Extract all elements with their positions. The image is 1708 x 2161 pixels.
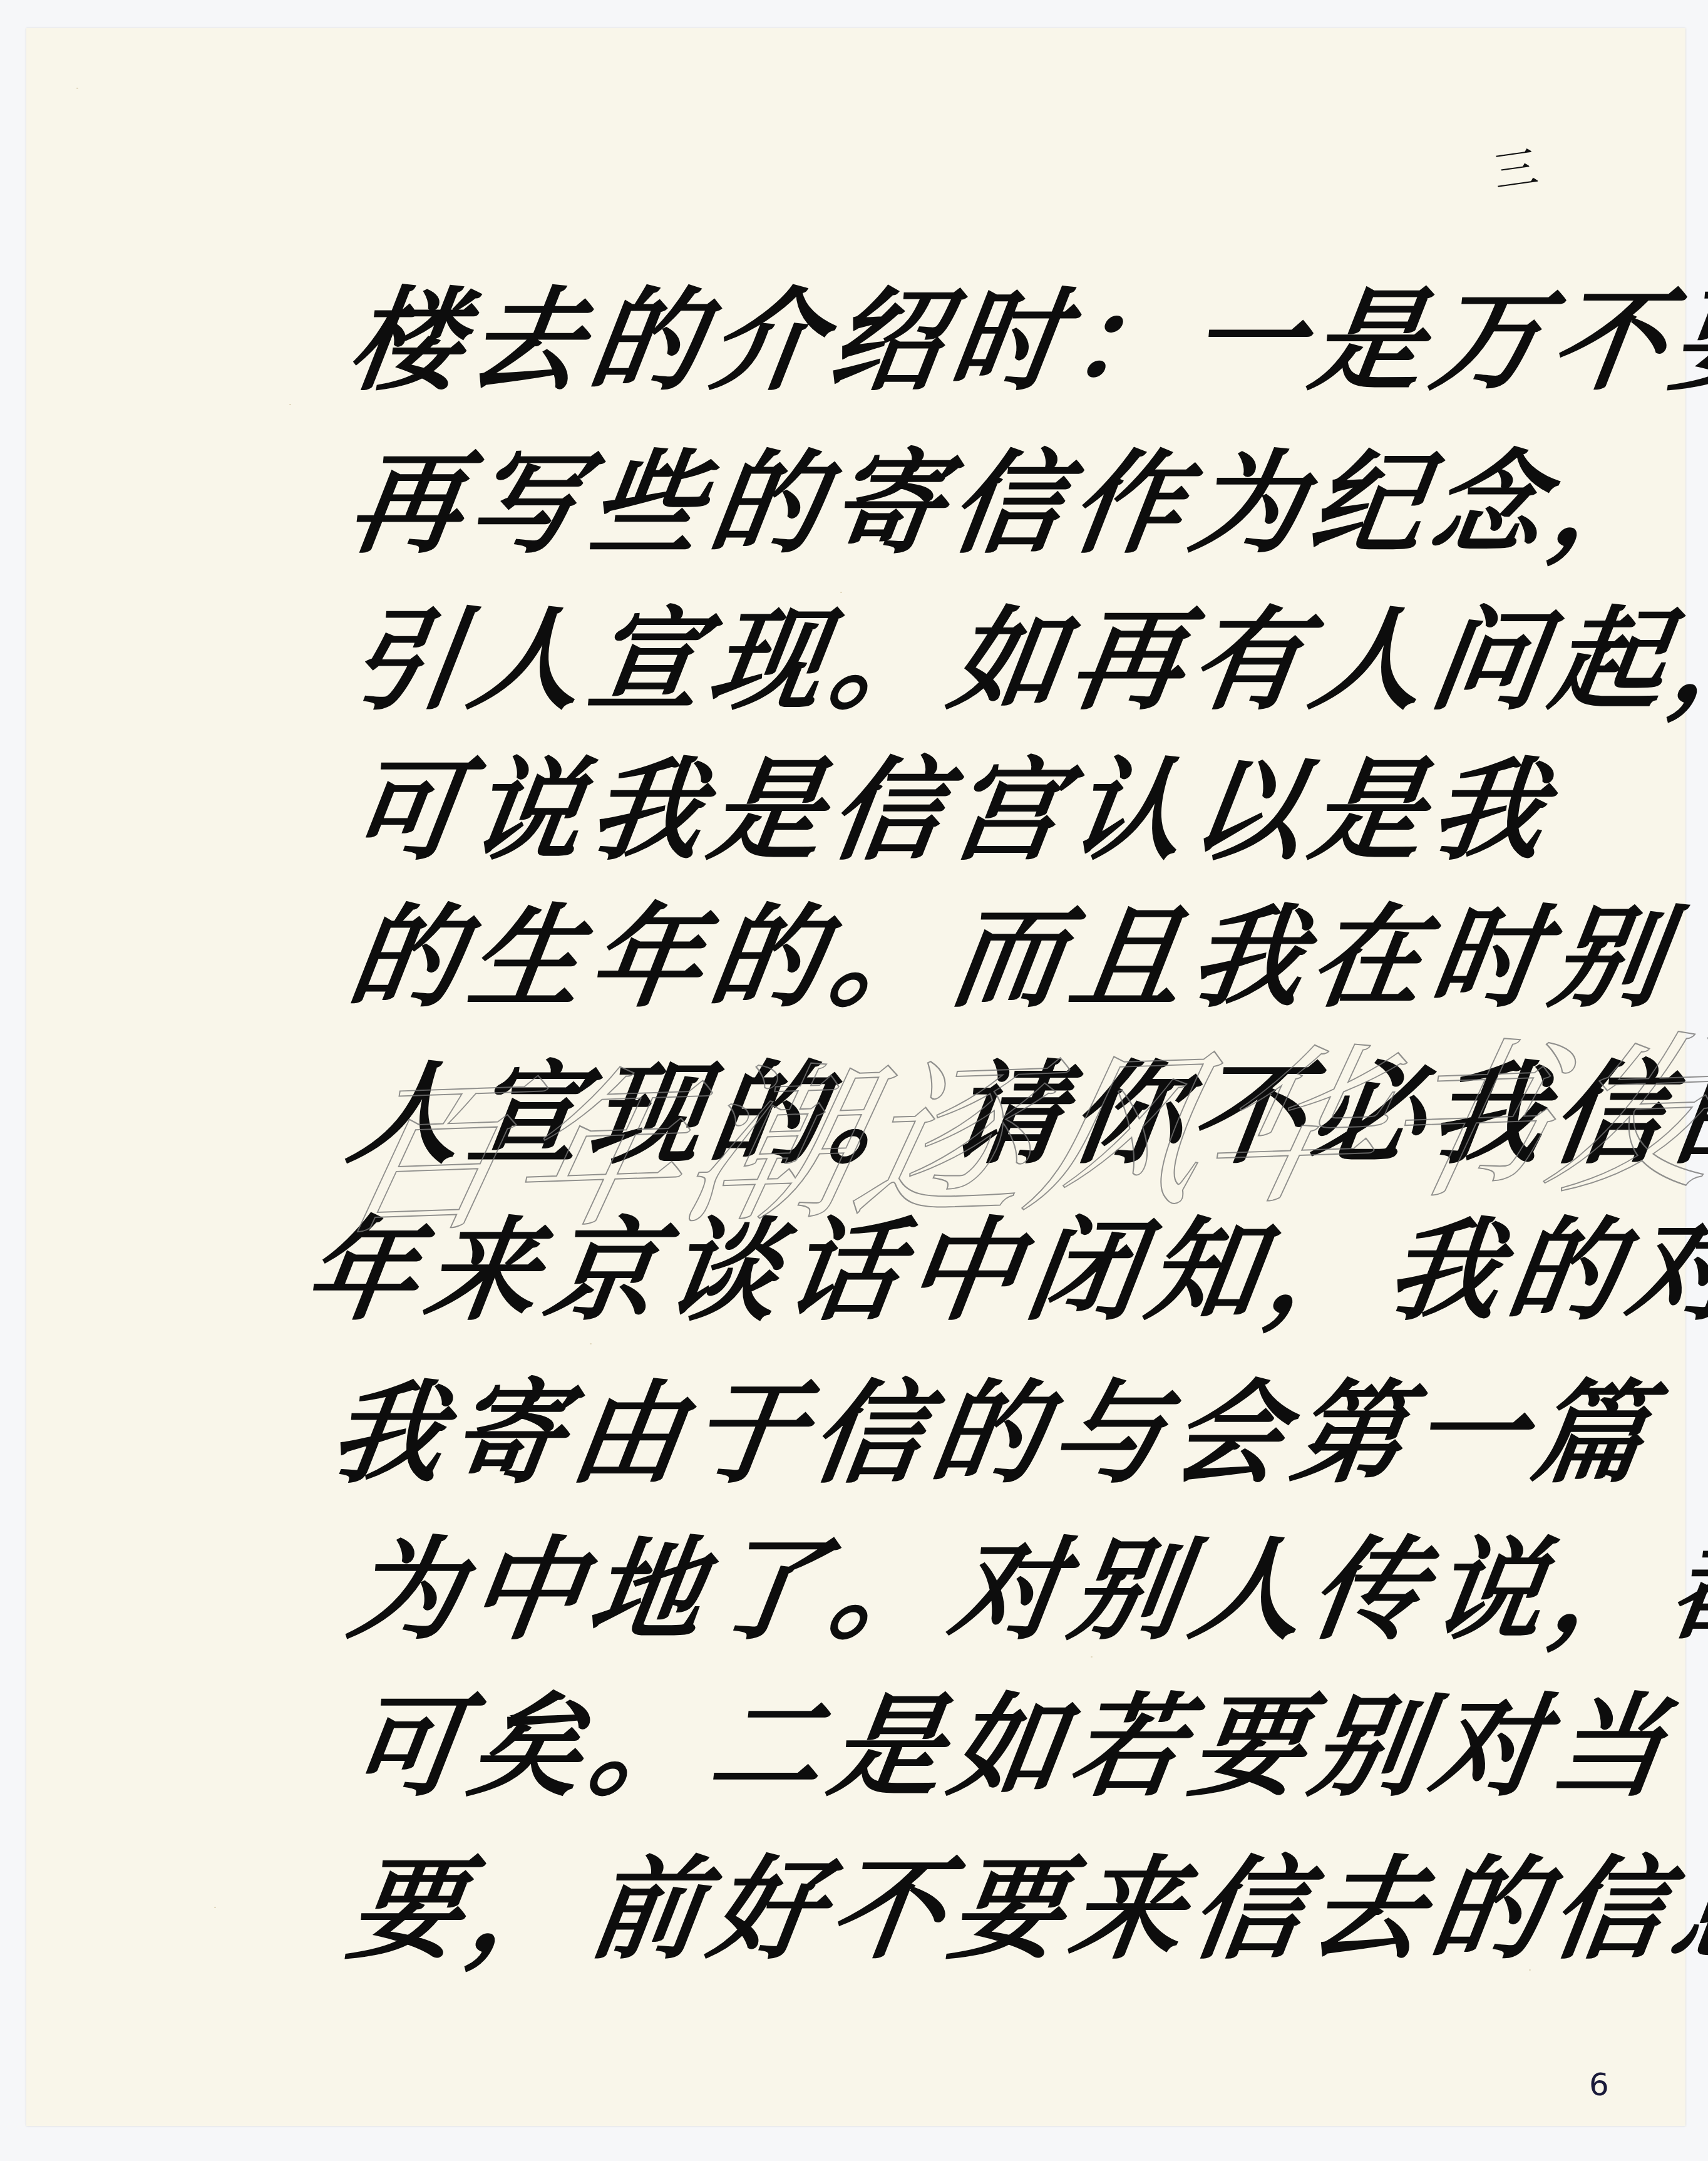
manuscript-line-5: 的生年的。而且我在时别 — [342, 902, 1548, 1013]
page-number: 6 — [1589, 2066, 1609, 2103]
manuscript-line-7: 年来京谈话中闭知，我的对你 — [299, 1215, 1504, 1326]
manuscript-line-11: 要，前好不要来信去的信息 — [342, 1854, 1548, 1965]
manuscript-line-9: 为中地了。对别人传说，都不 — [342, 1534, 1548, 1646]
page-section-mark: 三 — [1489, 132, 1541, 201]
manuscript-line-8: 我寄由于信的与会第一篇 — [324, 1378, 1529, 1489]
manuscript-line-1: 楼去的介绍时：一是万不要 — [342, 285, 1548, 396]
manuscript-line-4: 可说我是信宫认以是我 — [342, 755, 1548, 866]
manuscript-line-2: 再写些的寄信作为纪念， — [342, 448, 1548, 559]
manuscript-line-6: 人宣现的。请你不必我信由于 — [342, 1058, 1548, 1170]
manuscript-line-10: 可矣。二是如若要别对当 — [342, 1691, 1548, 1802]
manuscript-line-3: 引人宣现。如再有人问起， — [342, 604, 1548, 716]
